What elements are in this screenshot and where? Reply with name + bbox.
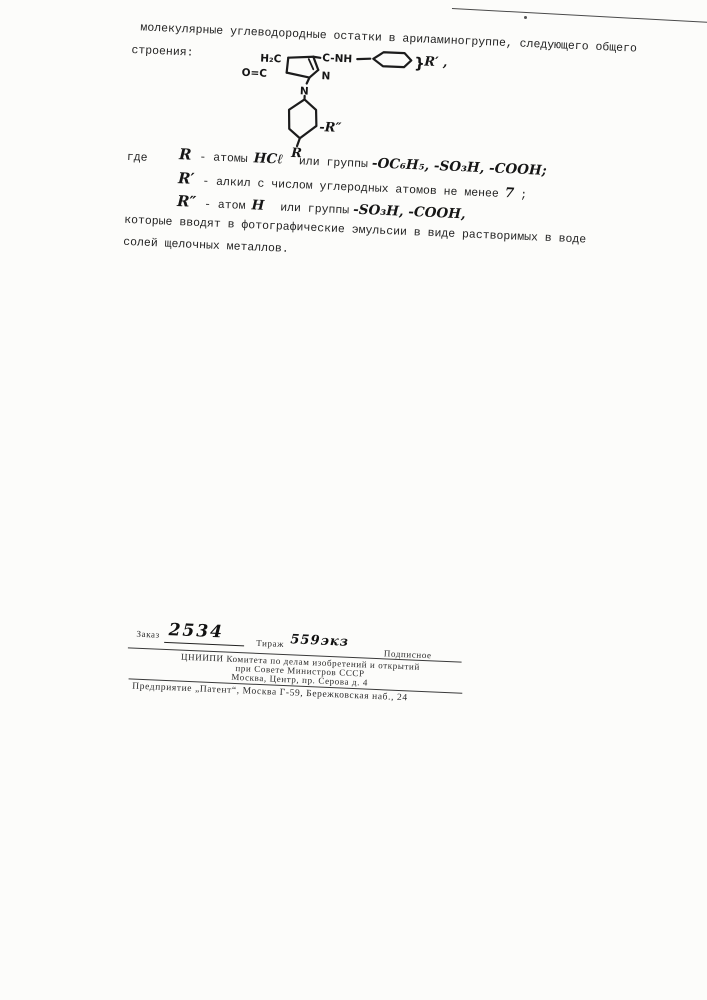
- r-prime-symbol: R′: [178, 169, 195, 188]
- where-label: где: [127, 151, 148, 166]
- order-label: Заказ: [136, 629, 160, 640]
- r-double-prime-symbol: R″: [177, 192, 197, 211]
- cnh-label: C-NH: [322, 52, 352, 65]
- n2-label: N: [321, 70, 330, 82]
- r-typed-2: или группы: [299, 155, 369, 172]
- scan-line-artifact: [452, 8, 707, 23]
- closing-line-2: солей щелочных металлов.: [123, 236, 289, 257]
- n-aryl-ring: [288, 99, 318, 139]
- ring-bond-left: [287, 58, 289, 73]
- r-hand-formula-1: HCℓ: [253, 150, 283, 167]
- ring-bond-bottom-right: [309, 70, 318, 78]
- r-double-prime-typed-2: или группы: [280, 201, 350, 218]
- scan-dot-artifact: [524, 16, 527, 19]
- ring-bond-bottom-left: [286, 73, 309, 78]
- r-prime-label: R′ ,: [423, 54, 448, 70]
- oc-label: O=C: [241, 67, 267, 80]
- page-content: молекулярные углеводородные остатки в ар…: [102, 14, 698, 758]
- r-typed-1: - атомы: [199, 151, 248, 167]
- r-double-prime-hand-1: H: [251, 197, 264, 214]
- tirazh-label: Тираж: [256, 638, 284, 649]
- r-hand-formula-2: -OC₆H₅, -SO₃H, -COOH;: [372, 155, 547, 178]
- benzene-ring: [373, 52, 412, 68]
- r-prime-typed-2: ;: [520, 189, 527, 203]
- r-symbol: R: [179, 145, 192, 164]
- r-double-prime-typed-1: - атом: [204, 198, 246, 214]
- ring-double-bond: [308, 59, 313, 69]
- r-prime-hand-value: 7: [505, 185, 515, 201]
- bond-to-cnh: [313, 57, 320, 58]
- bond-to-r: [297, 138, 300, 146]
- bond-nh-phenyl: [357, 58, 370, 60]
- h2c-label: H₂C: [260, 52, 282, 65]
- ring-bond-top: [288, 56, 313, 59]
- tirazh-value-handwritten: 559экз: [290, 632, 349, 649]
- r-double-prime-hand-2: -SO₃H, -COOH,: [353, 202, 466, 223]
- r-double-prime-label: -R″: [319, 120, 342, 136]
- order-number-underline: [164, 642, 244, 646]
- scanned-patent-page: молекулярные углеводородные остатки в ар…: [0, 0, 707, 1000]
- n1-label: N: [300, 85, 309, 97]
- paragraph-line-2: строения:: [131, 44, 194, 61]
- bond-ring-to-n1: [307, 77, 310, 83]
- imprint-footer: Заказ 2534 Тираж 559экз Подписное ЦНИИПИ…: [125, 622, 469, 736]
- order-number-handwritten: 2534: [168, 620, 224, 642]
